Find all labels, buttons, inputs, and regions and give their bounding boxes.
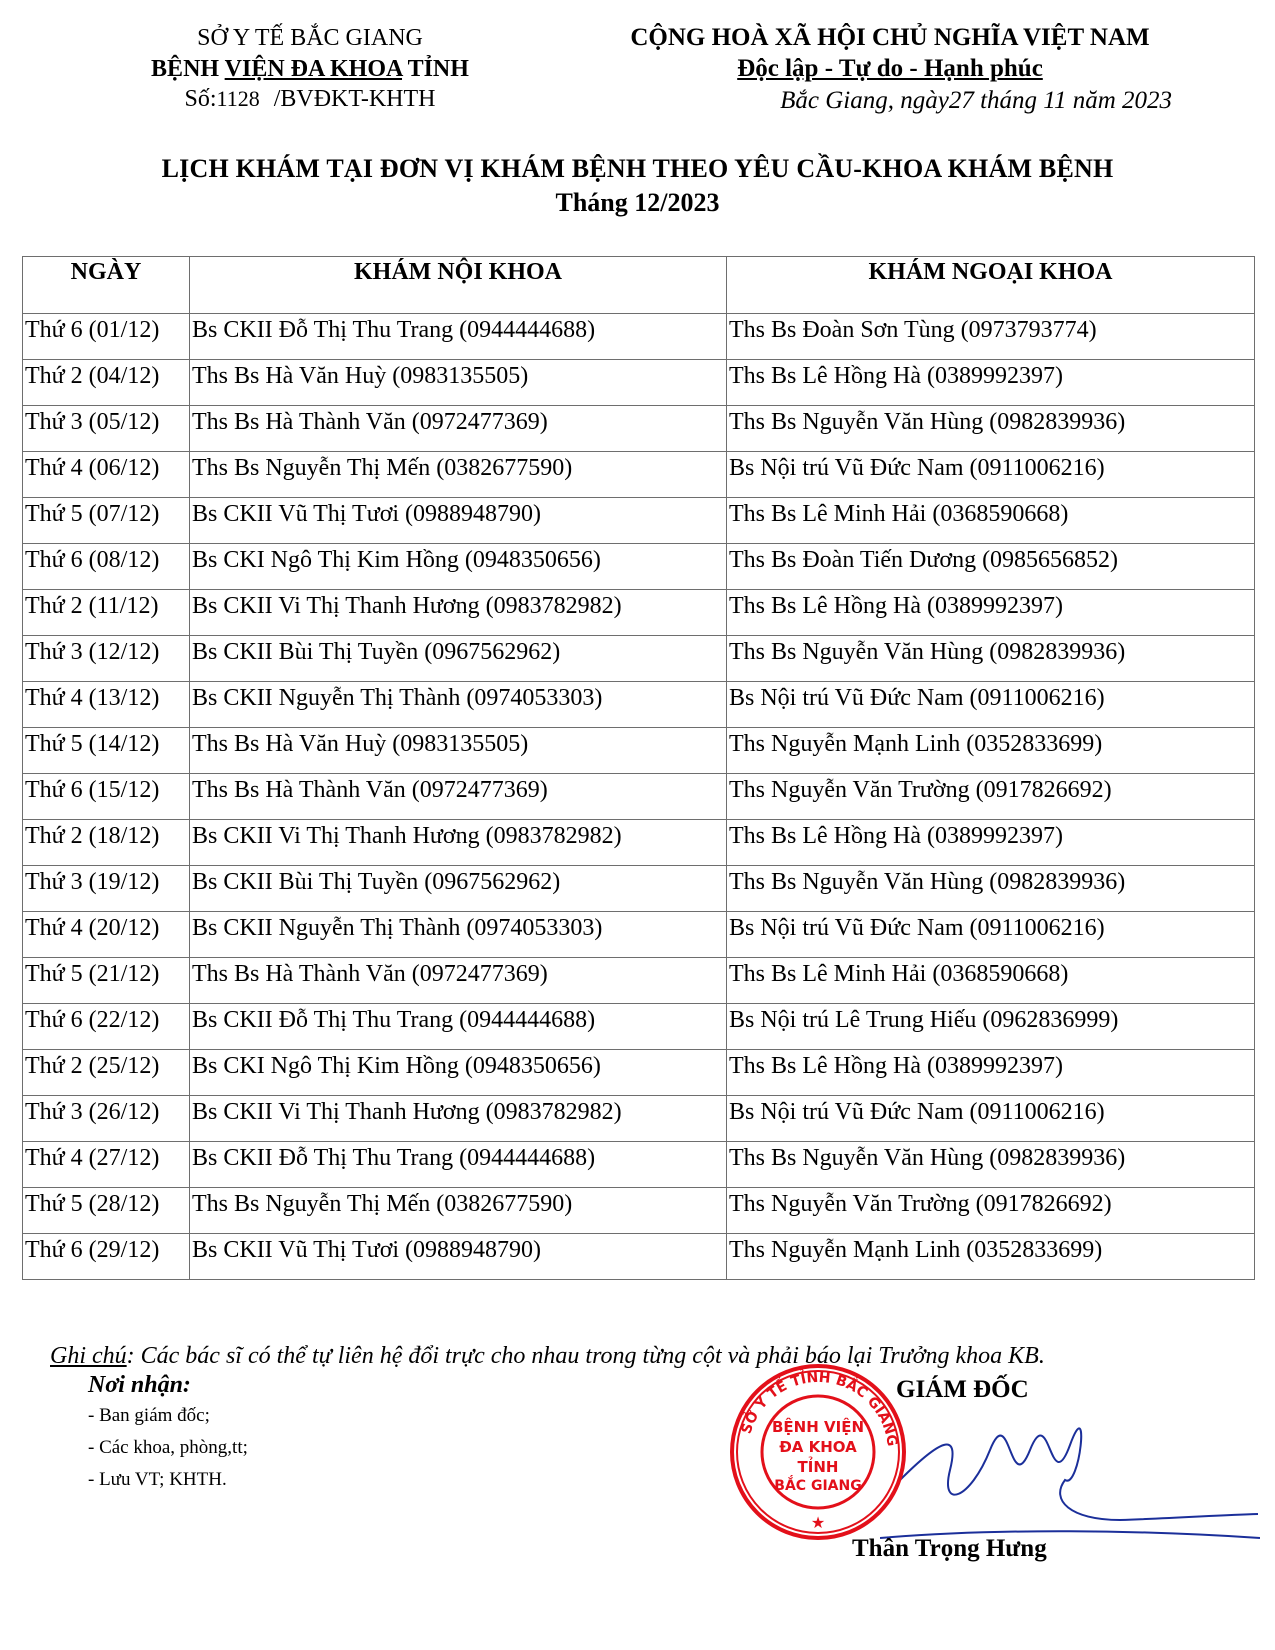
column-header-internal: KHÁM NỘI KHOA bbox=[190, 257, 727, 314]
cell-date: Thứ 6 (22/12) bbox=[23, 1004, 190, 1050]
title-line: LỊCH KHÁM TẠI ĐƠN VỊ KHÁM BỆNH THEO YÊU … bbox=[20, 152, 1255, 186]
svg-text:★: ★ bbox=[811, 1515, 825, 1532]
cell-surgery-doctor: Ths Nguyễn Văn Trường (0917826692) bbox=[727, 1188, 1255, 1234]
cell-date: Thứ 6 (01/12) bbox=[23, 314, 190, 360]
table-row: Thứ 2 (04/12)Ths Bs Hà Văn Huỳ (09831355… bbox=[23, 360, 1255, 406]
cell-date: Thứ 3 (12/12) bbox=[23, 636, 190, 682]
cell-surgery-doctor: Bs Nội trú Vũ Đức Nam (0911006216) bbox=[727, 452, 1255, 498]
cell-internal-doctor: Bs CKI Ngô Thị Kim Hồng (0948350656) bbox=[190, 1050, 727, 1096]
national-motto: Độc lập - Tự do - Hạnh phúc bbox=[600, 54, 1180, 84]
cell-date: Thứ 2 (25/12) bbox=[23, 1050, 190, 1096]
cell-surgery-doctor: Ths Bs Lê Minh Hải (0368590668) bbox=[727, 958, 1255, 1004]
cell-internal-doctor: Bs CKII Bùi Thị Tuyền (0967562962) bbox=[190, 866, 727, 912]
table-row: Thứ 3 (12/12)Bs CKII Bùi Thị Tuyền (0967… bbox=[23, 636, 1255, 682]
cell-date: Thứ 3 (05/12) bbox=[23, 406, 190, 452]
nation-name: CỘNG HOÀ XÃ HỘI CHỦ NGHĨA VIỆT NAM bbox=[600, 22, 1180, 54]
recipient-item: - Ban giám đốc; bbox=[88, 1400, 248, 1432]
cell-date: Thứ 2 (11/12) bbox=[23, 590, 190, 636]
cell-date: Thứ 4 (06/12) bbox=[23, 452, 190, 498]
issuer-block: SỞ Y TẾ BẮC GIANG BỆNH VIỆN ĐA KHOA TỈNH… bbox=[110, 22, 510, 114]
cell-date: Thứ 6 (15/12) bbox=[23, 774, 190, 820]
official-stamp-icon: SỞ Y TẾ TỈNH BẮC GIANG BỆNH VIỆN ĐA KHOA… bbox=[728, 1362, 908, 1542]
cell-internal-doctor: Bs CKII Đỗ Thị Thu Trang (0944444688) bbox=[190, 1004, 727, 1050]
cell-date: Thứ 3 (26/12) bbox=[23, 1096, 190, 1142]
cell-internal-doctor: Bs CKII Nguyễn Thị Thành (0974053303) bbox=[190, 682, 727, 728]
cell-surgery-doctor: Ths Bs Nguyễn Văn Hùng (0982839936) bbox=[727, 636, 1255, 682]
cell-internal-doctor: Bs CKII Đỗ Thị Thu Trang (0944444688) bbox=[190, 314, 727, 360]
cell-date: Thứ 4 (20/12) bbox=[23, 912, 190, 958]
table-row: Thứ 5 (07/12)Bs CKII Vũ Thị Tươi (098894… bbox=[23, 498, 1255, 544]
national-heading: CỘNG HOÀ XÃ HỘI CHỦ NGHĨA VIỆT NAM Độc l… bbox=[600, 22, 1180, 118]
cell-internal-doctor: Bs CKII Đỗ Thị Thu Trang (0944444688) bbox=[190, 1142, 727, 1188]
svg-text:BỆNH VIỆN: BỆNH VIỆN bbox=[772, 1416, 864, 1436]
cell-date: Thứ 3 (19/12) bbox=[23, 866, 190, 912]
cell-internal-doctor: Ths Bs Hà Văn Huỳ (0983135505) bbox=[190, 728, 727, 774]
cell-surgery-doctor: Ths Bs Lê Hồng Hà (0389992397) bbox=[727, 590, 1255, 636]
cell-internal-doctor: Bs CKII Nguyễn Thị Thành (0974053303) bbox=[190, 912, 727, 958]
cell-internal-doctor: Ths Bs Nguyễn Thị Mến (0382677590) bbox=[190, 452, 727, 498]
cell-date: Thứ 2 (18/12) bbox=[23, 820, 190, 866]
table-row: Thứ 4 (27/12)Bs CKII Đỗ Thị Thu Trang (0… bbox=[23, 1142, 1255, 1188]
table-row: Thứ 2 (18/12)Bs CKII Vi Thị Thanh Hương … bbox=[23, 820, 1255, 866]
hospital-name: BỆNH VIỆN ĐA KHOA TỈNH bbox=[110, 54, 510, 84]
recipient-item: - Các khoa, phòng,tt; bbox=[88, 1432, 248, 1464]
cell-surgery-doctor: Ths Bs Lê Hồng Hà (0389992397) bbox=[727, 360, 1255, 406]
cell-date: Thứ 6 (29/12) bbox=[23, 1234, 190, 1280]
cell-surgery-doctor: Ths Bs Lê Hồng Hà (0389992397) bbox=[727, 820, 1255, 866]
table-row: Thứ 3 (05/12)Ths Bs Hà Thành Văn (097247… bbox=[23, 406, 1255, 452]
document-title: LỊCH KHÁM TẠI ĐƠN VỊ KHÁM BỆNH THEO YÊU … bbox=[20, 152, 1255, 220]
cell-date: Thứ 5 (14/12) bbox=[23, 728, 190, 774]
table-row: Thứ 6 (22/12)Bs CKII Đỗ Thị Thu Trang (0… bbox=[23, 1004, 1255, 1050]
place-date: Bắc Giang, ngày27 tháng 11 năm 2023 bbox=[600, 84, 1180, 118]
cell-internal-doctor: Ths Bs Hà Thành Văn (0972477369) bbox=[190, 958, 727, 1004]
cell-date: Thứ 5 (28/12) bbox=[23, 1188, 190, 1234]
table-row: Thứ 2 (25/12)Bs CKI Ngô Thị Kim Hồng (09… bbox=[23, 1050, 1255, 1096]
cell-internal-doctor: Bs CKI Ngô Thị Kim Hồng (0948350656) bbox=[190, 544, 727, 590]
svg-text:BẮC GIANG: BẮC GIANG bbox=[774, 1475, 861, 1494]
cell-surgery-doctor: Ths Bs Nguyễn Văn Hùng (0982839936) bbox=[727, 406, 1255, 452]
table-row: Thứ 5 (28/12)Ths Bs Nguyễn Thị Mến (0382… bbox=[23, 1188, 1255, 1234]
cell-date: Thứ 6 (08/12) bbox=[23, 544, 190, 590]
table-row: Thứ 5 (14/12)Ths Bs Hà Văn Huỳ (09831355… bbox=[23, 728, 1255, 774]
column-header-date: NGÀY bbox=[23, 257, 190, 314]
table-row: Thứ 6 (15/12)Ths Bs Hà Thành Văn (097247… bbox=[23, 774, 1255, 820]
cell-internal-doctor: Bs CKII Vũ Thị Tươi (0988948790) bbox=[190, 498, 727, 544]
cell-internal-doctor: Ths Bs Hà Văn Huỳ (0983135505) bbox=[190, 360, 727, 406]
cell-surgery-doctor: Ths Bs Lê Minh Hải (0368590668) bbox=[727, 498, 1255, 544]
cell-internal-doctor: Bs CKII Vi Thị Thanh Hương (0983782982) bbox=[190, 1096, 727, 1142]
table-row: Thứ 3 (19/12)Bs CKII Bùi Thị Tuyền (0967… bbox=[23, 866, 1255, 912]
cell-internal-doctor: Bs CKII Vũ Thị Tươi (0988948790) bbox=[190, 1234, 727, 1280]
schedule-body: Thứ 6 (01/12)Bs CKII Đỗ Thị Thu Trang (0… bbox=[23, 314, 1255, 1280]
signer-title: GIÁM ĐỐC bbox=[896, 1376, 1029, 1404]
table-header-row: NGÀY KHÁM NỘI KHOA KHÁM NGOẠI KHOA bbox=[23, 257, 1255, 314]
cell-surgery-doctor: Ths Bs Lê Hồng Hà (0389992397) bbox=[727, 1050, 1255, 1096]
cell-date: Thứ 4 (27/12) bbox=[23, 1142, 190, 1188]
cell-surgery-doctor: Ths Bs Đoàn Tiến Dương (0985656852) bbox=[727, 544, 1255, 590]
cell-surgery-doctor: Bs Nội trú Vũ Đức Nam (0911006216) bbox=[727, 682, 1255, 728]
recipients-block: Nơi nhận: - Ban giám đốc; - Các khoa, ph… bbox=[88, 1370, 248, 1496]
table-row: Thứ 2 (11/12)Bs CKII Vi Thị Thanh Hương … bbox=[23, 590, 1255, 636]
table-row: Thứ 4 (13/12)Bs CKII Nguyễn Thị Thành (0… bbox=[23, 682, 1255, 728]
cell-internal-doctor: Ths Bs Hà Thành Văn (0972477369) bbox=[190, 406, 727, 452]
table-row: Thứ 5 (21/12)Ths Bs Hà Thành Văn (097247… bbox=[23, 958, 1255, 1004]
table-row: Thứ 4 (06/12)Ths Bs Nguyễn Thị Mến (0382… bbox=[23, 452, 1255, 498]
document-number: Số:1128/BVĐKT-KHTH bbox=[110, 84, 510, 114]
cell-internal-doctor: Bs CKII Vi Thị Thanh Hương (0983782982) bbox=[190, 820, 727, 866]
cell-date: Thứ 5 (21/12) bbox=[23, 958, 190, 1004]
cell-surgery-doctor: Ths Nguyễn Mạnh Linh (0352833699) bbox=[727, 1234, 1255, 1280]
cell-surgery-doctor: Bs Nội trú Vũ Đức Nam (0911006216) bbox=[727, 1096, 1255, 1142]
cell-internal-doctor: Bs CKII Vi Thị Thanh Hương (0983782982) bbox=[190, 590, 727, 636]
cell-date: Thứ 4 (13/12) bbox=[23, 682, 190, 728]
svg-text:TỈNH: TỈNH bbox=[798, 1455, 839, 1476]
cell-surgery-doctor: Ths Bs Nguyễn Văn Hùng (0982839936) bbox=[727, 866, 1255, 912]
cell-surgery-doctor: Ths Bs Nguyễn Văn Hùng (0982839936) bbox=[727, 1142, 1255, 1188]
svg-text:ĐA KHOA: ĐA KHOA bbox=[779, 1438, 857, 1456]
cell-surgery-doctor: Ths Nguyễn Văn Trường (0917826692) bbox=[727, 774, 1255, 820]
department-name: SỞ Y TẾ BẮC GIANG bbox=[110, 22, 510, 54]
table-row: Thứ 6 (08/12)Bs CKI Ngô Thị Kim Hồng (09… bbox=[23, 544, 1255, 590]
signature-icon bbox=[880, 1410, 1260, 1550]
cell-surgery-doctor: Bs Nội trú Vũ Đức Nam (0911006216) bbox=[727, 912, 1255, 958]
recipient-item: - Lưu VT; KHTH. bbox=[88, 1464, 248, 1496]
cell-internal-doctor: Bs CKII Bùi Thị Tuyền (0967562962) bbox=[190, 636, 727, 682]
cell-internal-doctor: Ths Bs Nguyễn Thị Mến (0382677590) bbox=[190, 1188, 727, 1234]
signer-name: Thân Trọng Hưng bbox=[852, 1535, 1047, 1563]
column-header-surgery: KHÁM NGOẠI KHOA bbox=[727, 257, 1255, 314]
cell-date: Thứ 5 (07/12) bbox=[23, 498, 190, 544]
table-row: Thứ 6 (29/12)Bs CKII Vũ Thị Tươi (098894… bbox=[23, 1234, 1255, 1280]
cell-internal-doctor: Ths Bs Hà Thành Văn (0972477369) bbox=[190, 774, 727, 820]
cell-surgery-doctor: Ths Nguyễn Mạnh Linh (0352833699) bbox=[727, 728, 1255, 774]
cell-date: Thứ 2 (04/12) bbox=[23, 360, 190, 406]
table-row: Thứ 4 (20/12)Bs CKII Nguyễn Thị Thành (0… bbox=[23, 912, 1255, 958]
table-row: Thứ 6 (01/12)Bs CKII Đỗ Thị Thu Trang (0… bbox=[23, 314, 1255, 360]
table-row: Thứ 3 (26/12)Bs CKII Vi Thị Thanh Hương … bbox=[23, 1096, 1255, 1142]
recipients-heading: Nơi nhận: bbox=[88, 1370, 248, 1400]
cell-surgery-doctor: Bs Nội trú Lê Trung Hiếu (0962836999) bbox=[727, 1004, 1255, 1050]
schedule-table: NGÀY KHÁM NỘI KHOA KHÁM NGOẠI KHOA Thứ 6… bbox=[22, 256, 1255, 1280]
title-month: Tháng 12/2023 bbox=[20, 186, 1255, 220]
cell-surgery-doctor: Ths Bs Đoàn Sơn Tùng (0973793774) bbox=[727, 314, 1255, 360]
